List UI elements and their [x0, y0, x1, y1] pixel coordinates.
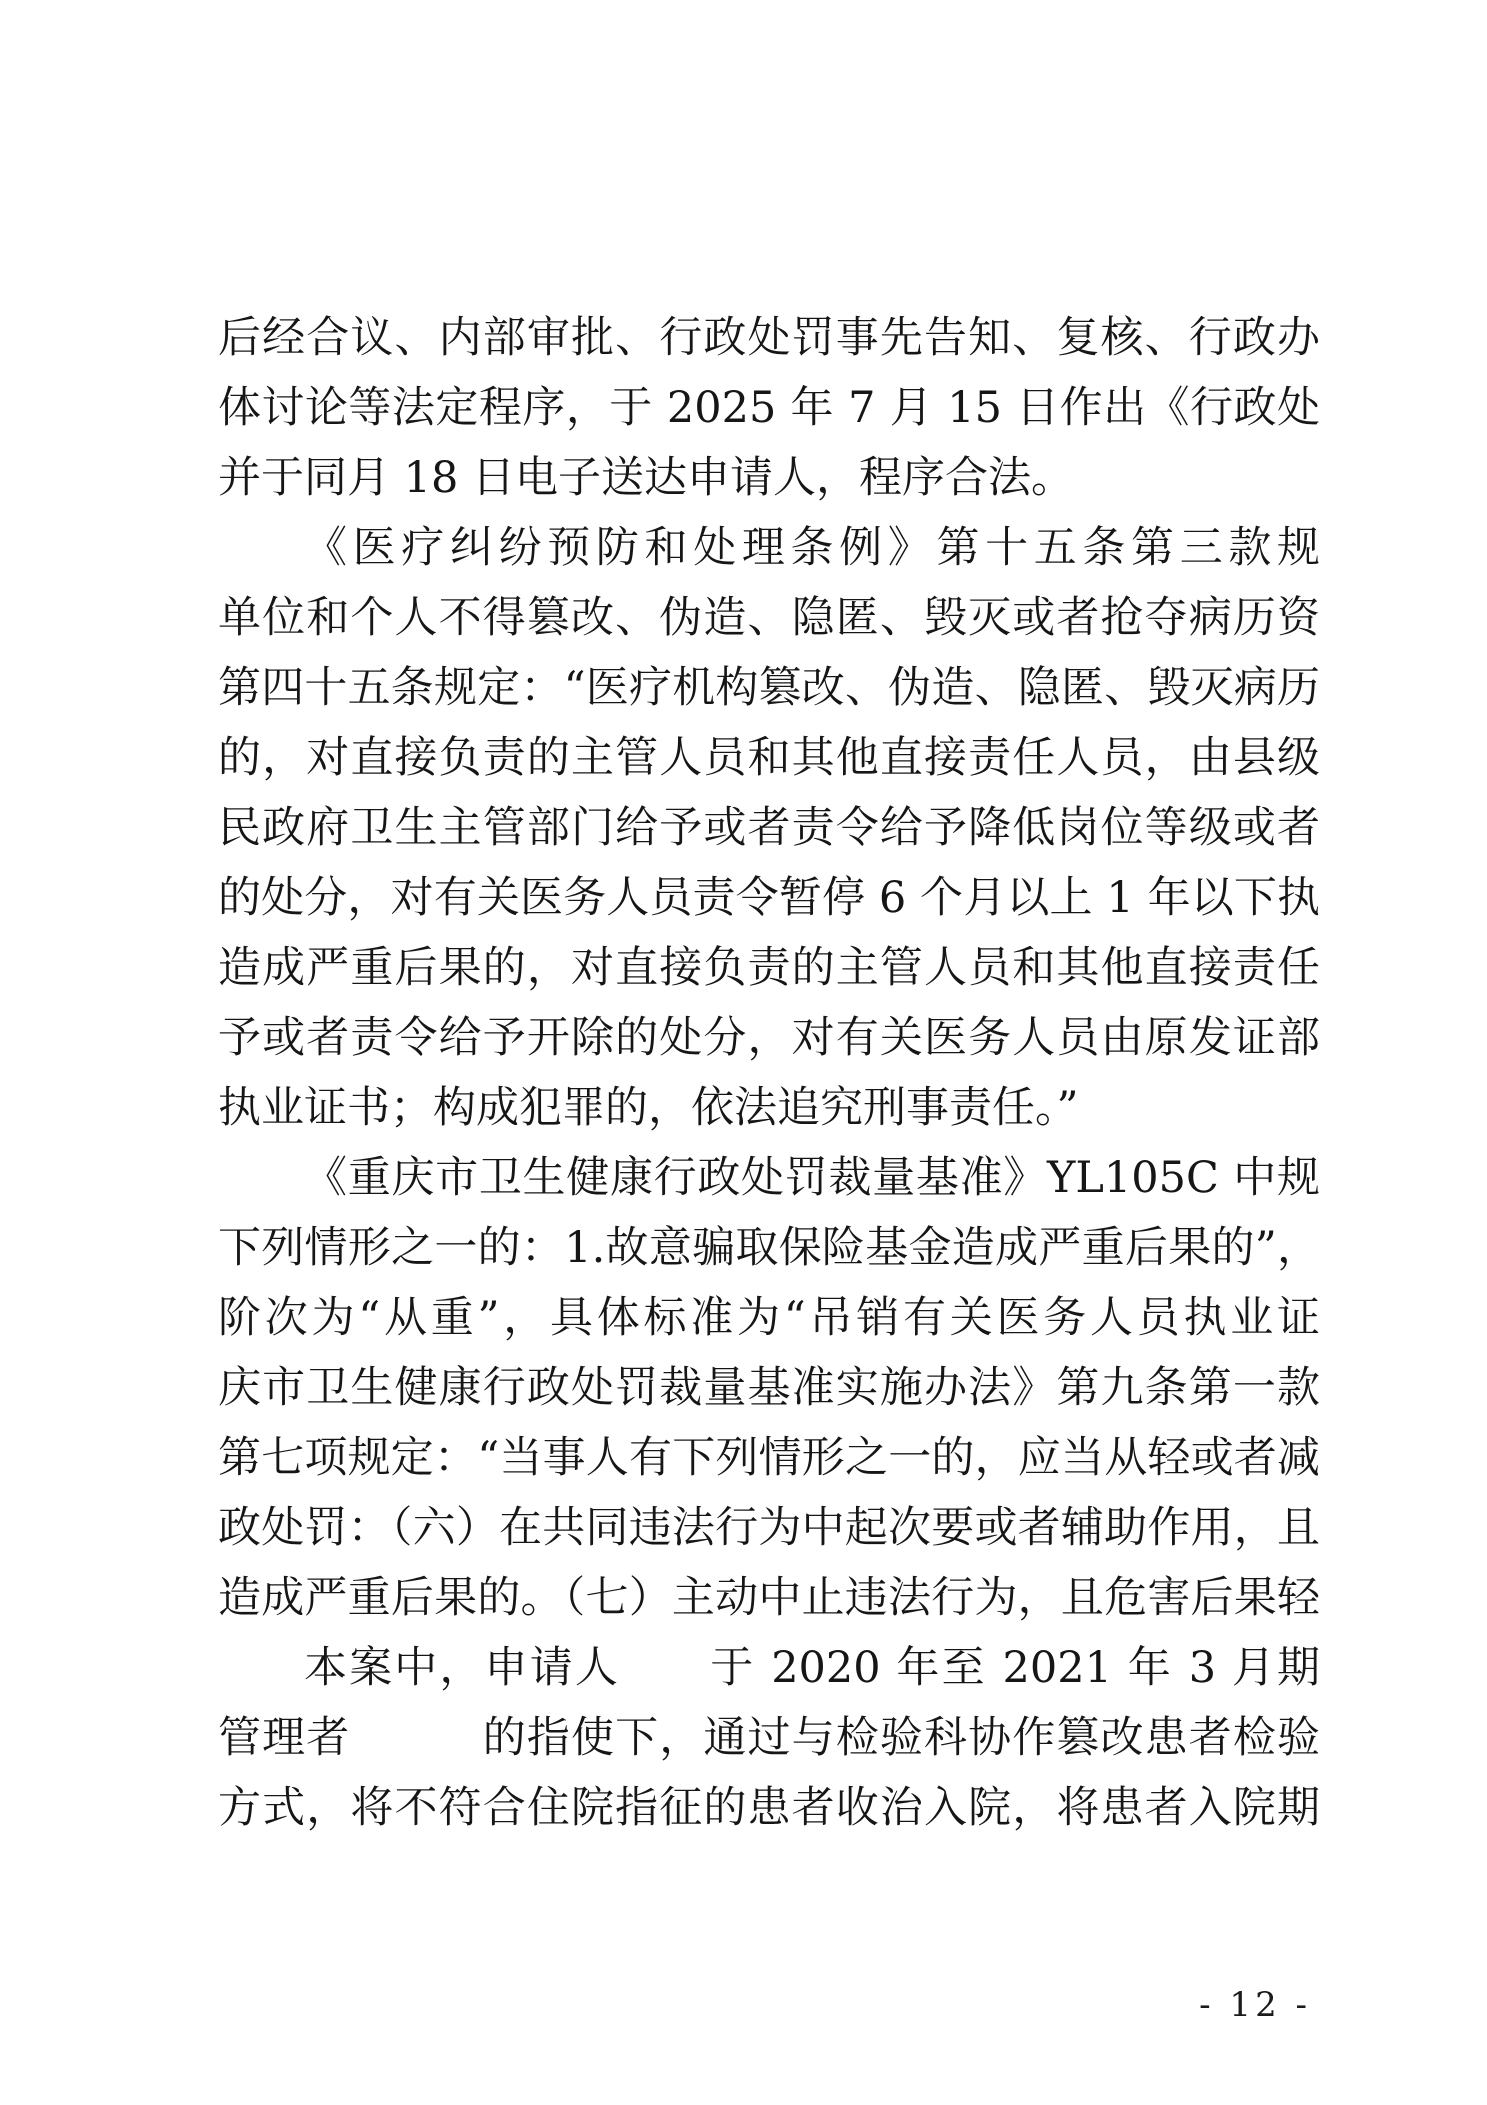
text-line: 予或者责令给予开除的处分，对有关医务人员由原发证部门吊销	[218, 1003, 1320, 1073]
text-line: 造成严重后果的，对直接负责的主管人员和其他直接责任人员给	[218, 933, 1320, 1003]
text-line: 后经合议、内部审批、行政处罚事先告知、复核、行政办公会集	[218, 303, 1320, 373]
text-line: 体讨论等法定程序，于 2025 年 7 月 15 日作出《行政处罚决定书》	[218, 373, 1320, 443]
text-line: 方式，将不符合住院指征的患者收治入院，将患者入院期间产生	[218, 1773, 1320, 1843]
text-line: 第四十五条规定：“医疗机构篡改、伪造、隐匿、毁灭病历资料	[218, 653, 1320, 723]
text-line: 《重庆市卫生健康行政处罚裁量基准》YL105C 中规定 “有	[218, 1143, 1320, 1213]
text-line: 单位和个人不得篡改、伪造、隐匿、毁灭或者抢夺病历资料。”	[218, 583, 1320, 653]
text-line: 的处分，对有关医务人员责令暂停 6 个月以上 1 年以下执业活动；	[218, 863, 1320, 933]
text-line: 的，对直接负责的主管人员和其他直接责任人员，由县级以上人	[218, 723, 1320, 793]
document-page: 后经合议、内部审批、行政处罚事先告知、复核、行政办公会集体讨论等法定程序，于 2…	[0, 0, 1487, 2105]
page-number: - 12 -	[1199, 1983, 1311, 2027]
text-line: 政处罚：（六）在共同违法行为中起次要或者辅助作用，且没有	[218, 1493, 1320, 1563]
text-line: 造成严重后果的。（七）主动中止违法行为，且危害后果轻微的。”	[218, 1563, 1320, 1633]
text-line: 《医疗纠纷预防和处理条例》第十五条第三款规定：“任何	[218, 513, 1320, 583]
text-line: 民政府卫生主管部门给予或者责令给予降低岗位等级或者撤职	[218, 793, 1320, 863]
text-line: 管理者 的指使下，通过与检验科协作篡改患者检验报告的	[218, 1703, 1320, 1773]
text-line: 执业证书；构成犯罪的，依法追究刑事责任。”	[218, 1073, 1320, 1143]
text-line: 第七项规定：“当事人有下列情形之一的，应当从轻或者减轻行	[218, 1423, 1320, 1493]
text-line: 庆市卫生健康行政处罚裁量基准实施办法》第九条第一款第六项、	[218, 1353, 1320, 1423]
text-line: 并于同月 18 日电子送达申请人，程序合法。	[218, 443, 1320, 513]
text-line: 下列情形之一的：1.故意骗取保险基金造成严重后果的”，裁量	[218, 1213, 1320, 1283]
text-line: 本案中，申请人 于 2020 年至 2021 年 3 月期间，在医院	[218, 1633, 1320, 1703]
text-line: 阶次为“从重”，具体标准为“吊销有关医务人员执业证书”。《重	[218, 1283, 1320, 1353]
text-block: 后经合议、内部审批、行政处罚事先告知、复核、行政办公会集体讨论等法定程序，于 2…	[218, 303, 1320, 1843]
